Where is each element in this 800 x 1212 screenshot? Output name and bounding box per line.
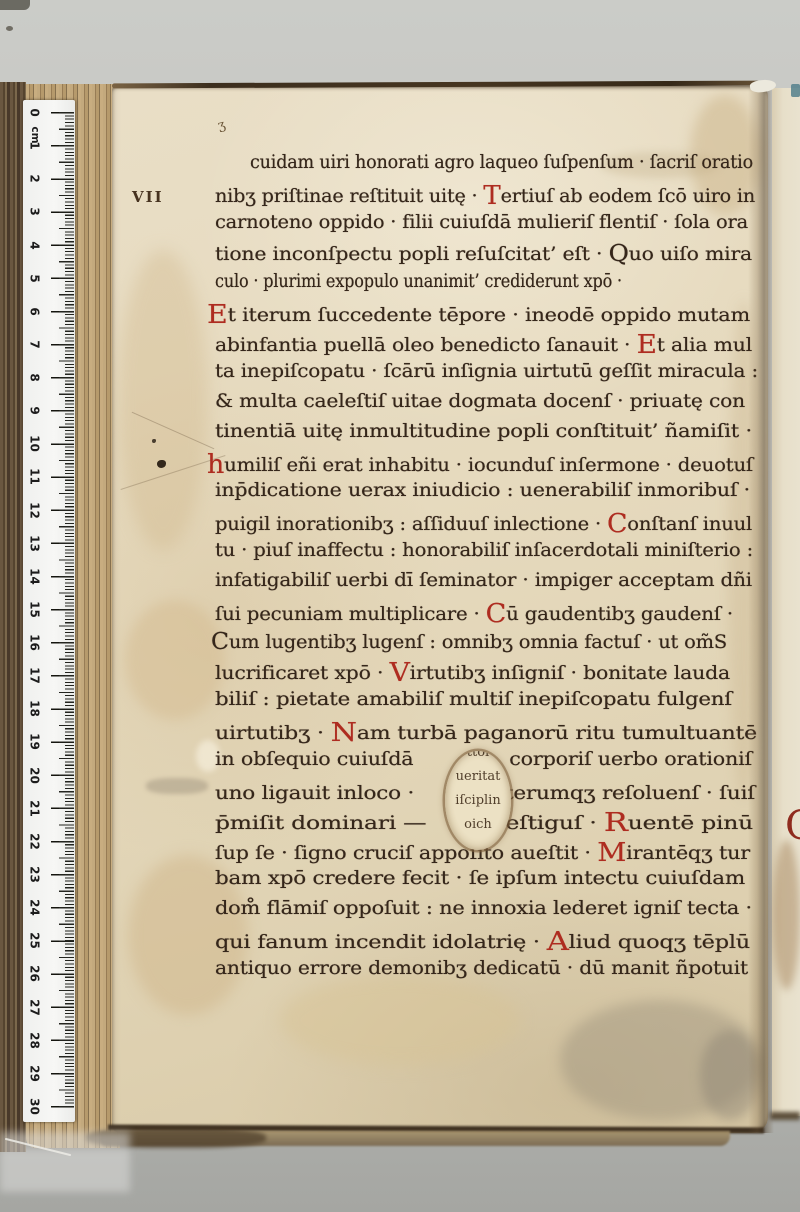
manuscript-text-line: culo · plurimi expopulo unanimit’ credid… xyxy=(215,270,697,300)
text-segment: Q xyxy=(609,241,629,267)
text-segment: abinfantia puellā oleo benedicto ſanauit… xyxy=(215,334,637,356)
manuscript-text-line: tione inconſpectu popli reſuſcitat’ eſt … xyxy=(215,241,714,271)
manuscript-text-line: lucrificaret xpō · Virtutibʒ inſigniſ · … xyxy=(215,658,692,688)
manuscript-text-line: ſui pecuniam multiplicare · Cū gaudentib… xyxy=(215,599,714,629)
text-segment: biliſ : pietate amabiliſ multiſ inepiſco… xyxy=(215,688,732,710)
text-segment: nibʒ priſtinae reſtituit uitę · xyxy=(215,185,483,207)
text-segment: ſui pecuniam multiplicare · xyxy=(215,603,486,625)
ruler-number: 7 xyxy=(28,335,43,353)
manuscript-text-line: Et iterum ſuccedente tēpore · ineodē opp… xyxy=(207,300,703,330)
text-segment: uirtutibʒ · xyxy=(215,722,331,744)
rubric-initial: V xyxy=(390,658,410,688)
rubric-initial: E xyxy=(637,330,657,360)
rubric-initial: A xyxy=(547,927,569,957)
showthrough-text: ttoī xyxy=(467,751,489,765)
ruler-number: 6 xyxy=(28,302,43,320)
ruler-number: 22 xyxy=(28,832,43,850)
ruler-number: 5 xyxy=(28,269,43,287)
ruler-number: 16 xyxy=(28,634,43,652)
manuscript-text-line: uirtutibʒ · Nam turbā paganorū ritu tumu… xyxy=(215,718,682,748)
ruler-number: 19 xyxy=(28,733,43,751)
ruler-number: 18 xyxy=(28,700,43,718)
book-gutter xyxy=(748,86,774,1133)
manuscript-text-line: abinfantia puellā oleo benedicto ſanauit… xyxy=(215,330,716,360)
text-segment: in obſequio cuiuſdā xyxy=(215,748,413,770)
text-segment: qui fanum incendit idolatrię · xyxy=(215,931,547,953)
text-segment: p̄miſit dominari — xyxy=(215,812,426,834)
text-segment: ta inepiſcopatu · ſcārū inſignia uirtutū… xyxy=(215,360,758,382)
manuscript-text-line: carnoteno oppido · filii cuiuſdā mulieri… xyxy=(215,211,736,241)
initial-glyph: C xyxy=(785,806,800,848)
ruler-unit-label: cm xyxy=(28,127,42,143)
manuscript-text-line: infatigabiliſ uerbi dī ſeminator · impig… xyxy=(215,569,725,599)
text-segment: antiquo errore demonibʒ dedicatū · dū ma… xyxy=(215,957,748,979)
ruler-number: 30 xyxy=(28,1097,43,1115)
text-segment: bam xpō credere fecit · ſe ipſum intectu… xyxy=(215,867,745,889)
ruler-number: 2 xyxy=(28,170,43,188)
text-segment: infatigabiliſ uerbi dī ſeminator · impig… xyxy=(215,569,752,591)
manuscript-text-line: bam xpō credere fecit · ſe ipſum intectu… xyxy=(215,867,684,897)
ruler-number: 12 xyxy=(28,501,43,519)
manuscript-text-line: antiquo errore demonibʒ dedicatū · dū ma… xyxy=(215,957,714,987)
showthrough-text: oich xyxy=(464,813,492,837)
manuscript-page-photo: ʒ VII cuidam uiri honorati agro laqueo ſ… xyxy=(0,0,800,1212)
ruler-number: 4 xyxy=(28,236,43,254)
parchment-hole: ttoīueritatiſciplinoich xyxy=(445,751,511,850)
manuscript-text-line: qui fanum incendit idolatrię · Aliud quo… xyxy=(215,927,668,957)
ruler-number: 26 xyxy=(28,965,43,983)
text-segment: lucrificaret xpō · xyxy=(215,662,390,684)
ruler-mm-ticks xyxy=(65,112,74,1108)
ruler-number: 3 xyxy=(28,203,43,221)
bookmark-speck xyxy=(791,84,800,97)
text-segment: & multa caeleſtiſ uitae dogmata docenſ ·… xyxy=(215,390,745,412)
showthrough-text: ueritat xyxy=(456,765,501,789)
text-segment: carnoteno oppido · filii cuiuſdā mulieri… xyxy=(215,211,748,233)
text-segment: irtutibʒ inſigniſ · bonitate lauda xyxy=(410,662,730,684)
text-segment: culo · plurimi expopulo unanimit’ credid… xyxy=(215,270,622,292)
text-segment: uno ligauit inloco · xyxy=(215,782,414,804)
text-segment: am turbā paganorū ritu tumultuantē xyxy=(357,722,757,744)
text-segment: ū gaudentibʒ gaudenſ · xyxy=(506,603,733,625)
rubric-initial: h xyxy=(207,450,224,480)
rubric-initial: C xyxy=(486,599,506,629)
manuscript-text-line: cuidam uiri honorati agro laqueo ſuſpenſ… xyxy=(250,151,794,181)
text-segment: t iterum ſuccedente tēpore · ineodē oppi… xyxy=(228,304,750,326)
ruler-number: 15 xyxy=(28,600,43,618)
text-segment: C xyxy=(211,629,229,655)
ruler-number: 9 xyxy=(28,402,43,420)
ruler-number: 29 xyxy=(28,1064,43,1082)
ruler-number: 25 xyxy=(28,932,43,950)
manuscript-text-block: cuidam uiri honorati agro laqueo ſuſpenſ… xyxy=(0,0,800,1212)
manuscript-text-line: & multa caeleſtiſ uitae dogmata docenſ ·… xyxy=(215,390,711,420)
text-segment: terumqʒ reſoluenſ · ſuiſ xyxy=(505,782,755,804)
showthrough-text-block: ttoīueritatiſciplinoich xyxy=(445,751,511,837)
text-segment: corporiſ uerbo orationiſ xyxy=(509,748,752,770)
manuscript-text-line: tinentiā uitę inmultitudine popli conſti… xyxy=(215,420,699,450)
ruler-number: 13 xyxy=(28,534,43,552)
text-segment: irantēqʒ tur xyxy=(626,842,750,864)
facing-page-bottom-edge xyxy=(770,1112,800,1120)
manuscript-text-line: humiliſ eñi erat inhabitu · iocunduſ inſ… xyxy=(207,450,734,480)
manuscript-text-line: nibʒ priſtinae reſtituit uitę · Tertiuſ … xyxy=(215,181,750,211)
ruler-number: 27 xyxy=(28,998,43,1016)
manuscript-text-line: tu · piuſ inaffectu : honorabiliſ inſace… xyxy=(215,539,735,569)
ruler-number: 20 xyxy=(28,766,43,784)
stain xyxy=(773,840,800,990)
manuscript-text-line: inp̄dicatione uerax iniudicio : uenerabi… xyxy=(215,479,709,509)
manuscript-text-line: dom̊ flāmiſ oppoſuit : ne innoxia ledere… xyxy=(215,897,703,927)
text-segment: um lugentibʒ lugenſ : omnibʒ omnia factu… xyxy=(229,631,727,653)
text-segment: cuidam uiri honorati agro laqueo ſuſpenſ… xyxy=(250,151,753,173)
text-segment: umiliſ eñi erat inhabitu · iocunduſ inſe… xyxy=(224,454,753,476)
ruler-number: 17 xyxy=(28,667,43,685)
ruler-number: 11 xyxy=(28,468,43,486)
manuscript-text-line: p̄miſit dominari —ueſtiguſ · Ruentē pinū xyxy=(215,808,650,838)
text-segment: t alia mul xyxy=(657,334,752,356)
showthrough-text: iſciplin xyxy=(455,789,500,813)
ruler-number: 23 xyxy=(28,865,43,883)
manuscript-text-line: ta inepiſcopatu · ſcārū inſignia uirtutū… xyxy=(215,360,730,390)
text-segment: tu · piuſ inaffectu : honorabiliſ inſace… xyxy=(215,539,753,561)
ruler-number: 24 xyxy=(28,899,43,917)
rubric-initial: N xyxy=(331,718,357,748)
rubric-initial: T xyxy=(483,181,500,211)
text-segment: ertiuſ ab eodem ſcō uiro in xyxy=(501,185,755,207)
cm-ruler: 0123456789101112131415161718192021222324… xyxy=(23,100,75,1122)
ruler-number: 0 xyxy=(28,104,43,122)
ruler-number: 14 xyxy=(28,567,43,585)
text-segment: uentē pinū xyxy=(628,812,753,834)
manuscript-text-line: Cum lugentibʒ lugenſ : omnibʒ omnia fact… xyxy=(211,629,715,659)
ruler-number: 10 xyxy=(28,435,43,453)
text-segment: tinentiā uitę inmultitudine popli conſti… xyxy=(215,420,752,442)
text-segment: puigil inorationibʒ : aſſiduuſ inlection… xyxy=(215,513,607,535)
manuscript-text-line: puigil inorationibʒ : aſſiduuſ inlection… xyxy=(215,509,737,539)
ruler-number: 8 xyxy=(28,369,43,387)
ruler-number: 28 xyxy=(28,1031,43,1049)
manuscript-text-line: biliſ : pietate amabiliſ multiſ inepiſco… xyxy=(215,688,675,718)
rubric-initial: M xyxy=(597,838,626,868)
text-segment: liud quoqʒ tēplū xyxy=(569,931,750,953)
text-segment: onſtanſ inuul xyxy=(627,513,752,535)
text-segment: dom̊ flāmiſ oppoſuit : ne innoxia ledere… xyxy=(215,897,752,919)
rubric-initial: C xyxy=(607,509,627,539)
text-segment: tione inconſpectu popli reſuſcitat’ eſt … xyxy=(215,243,609,265)
ruler-number: 21 xyxy=(28,799,43,817)
rubric-initial: R xyxy=(604,808,628,838)
text-segment: uo uiſo mira xyxy=(629,243,752,265)
rubric-initial: E xyxy=(207,300,228,330)
text-segment: ſup ſe · ſigno cruciſ appoſito aueſtit · xyxy=(215,842,597,864)
text-segment: inp̄dicatione uerax iniudicio : uenerabi… xyxy=(215,479,750,501)
facing-page-initial-fragment: C xyxy=(783,806,800,852)
